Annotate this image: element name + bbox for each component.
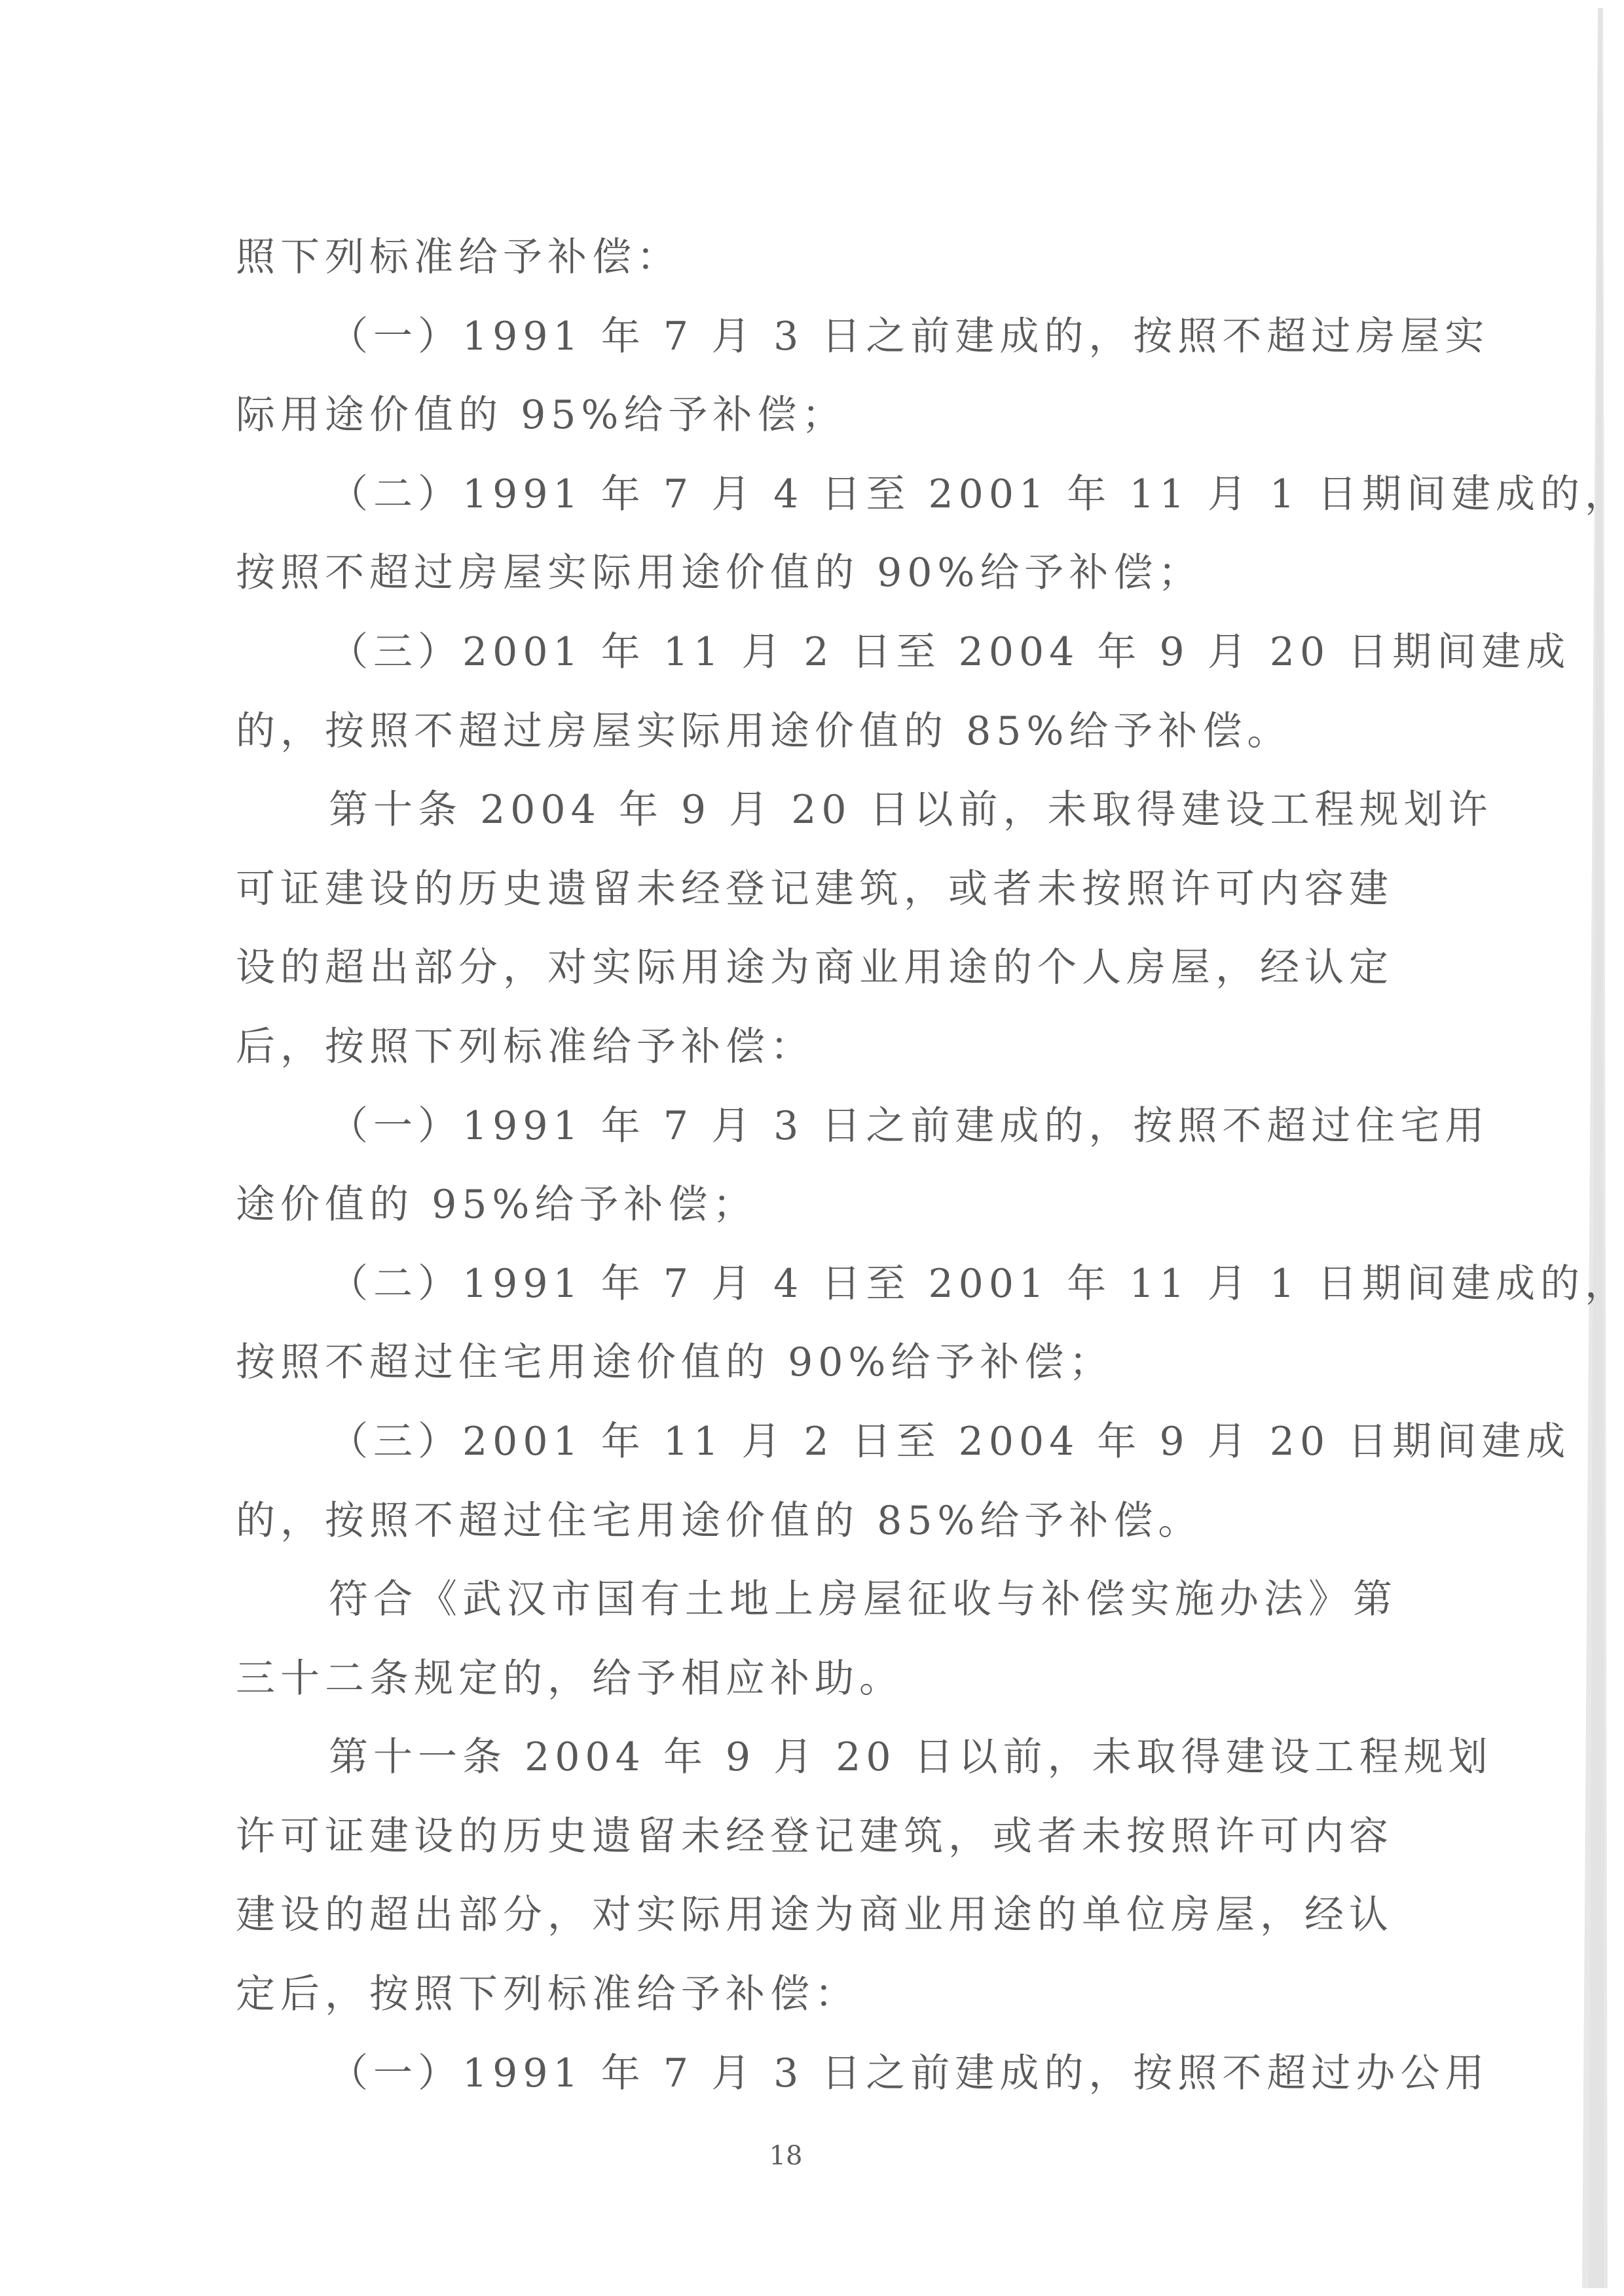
text-line: （三）2001 年 11 月 2 日至 2004 年 9 月 20 日期间建成 bbox=[236, 1413, 1365, 1493]
text-line: 许可证建设的历史遗留未经登记建筑，或者未按照许可内容 bbox=[236, 1808, 1365, 1887]
text-line: 建设的超出部分，对实际用途为商业用途的单位房屋，经认 bbox=[236, 1887, 1365, 1966]
text-line: （一）1991 年 7 月 3 日之前建成的，按照不超过办公用 bbox=[236, 2045, 1365, 2124]
article-10-heading-line: 第十条 2004 年 9 月 20 日以前，未取得建设工程规划许 bbox=[236, 782, 1365, 861]
text-line: 可证建设的历史遗留未经登记建筑，或者未按照许可内容建 bbox=[236, 861, 1365, 940]
text-line: 按照不超过住宅用途价值的 90%给予补偿； bbox=[236, 1334, 1365, 1413]
text-line: （三）2001 年 11 月 2 日至 2004 年 9 月 20 日期间建成 bbox=[236, 624, 1365, 703]
text-line: （二）1991 年 7 月 4 日至 2001 年 11 月 1 日期间建成的， bbox=[236, 466, 1365, 545]
text-line: 照下列标准给予补偿： bbox=[236, 229, 1365, 308]
article-11-heading-line: 第十一条 2004 年 9 月 20 日以前，未取得建设工程规划 bbox=[236, 1729, 1365, 1808]
text-line: （二）1991 年 7 月 4 日至 2001 年 11 月 1 日期间建成的， bbox=[236, 1256, 1365, 1335]
text-line: 设的超出部分，对实际用途为商业用途的个人房屋，经认定 bbox=[236, 939, 1365, 1019]
text-line: （一）1991 年 7 月 3 日之前建成的，按照不超过住宅用 bbox=[236, 1098, 1365, 1177]
text-line: 的，按照不超过住宅用途价值的 85%给予补偿。 bbox=[236, 1493, 1365, 1572]
text-line: （一）1991 年 7 月 3 日之前建成的，按照不超过房屋实 bbox=[236, 308, 1365, 388]
text-line: 定后，按照下列标准给予补偿： bbox=[236, 1966, 1365, 2045]
page-number: 18 bbox=[720, 2140, 851, 2172]
text-line: 后，按照下列标准给予补偿： bbox=[236, 1019, 1365, 1098]
text-line: 途价值的 95%给予补偿； bbox=[236, 1176, 1365, 1256]
text-line: 际用途价值的 95%给予补偿； bbox=[236, 387, 1365, 466]
text-line: 的，按照不超过房屋实际用途价值的 85%给予补偿。 bbox=[236, 703, 1365, 782]
body-text: 照下列标准给予补偿： （一）1991 年 7 月 3 日之前建成的，按照不超过房… bbox=[236, 229, 1365, 2124]
document-page: 照下列标准给予补偿： （一）1991 年 7 月 3 日之前建成的，按照不超过房… bbox=[0, 0, 1624, 2296]
text-line: 按照不超过房屋实际用途价值的 90%给予补偿； bbox=[236, 545, 1365, 624]
text-line: 符合《武汉市国有土地上房屋征收与补偿实施办法》第 bbox=[236, 1571, 1365, 1650]
text-line: 三十二条规定的，给予相应补助。 bbox=[236, 1650, 1365, 1730]
